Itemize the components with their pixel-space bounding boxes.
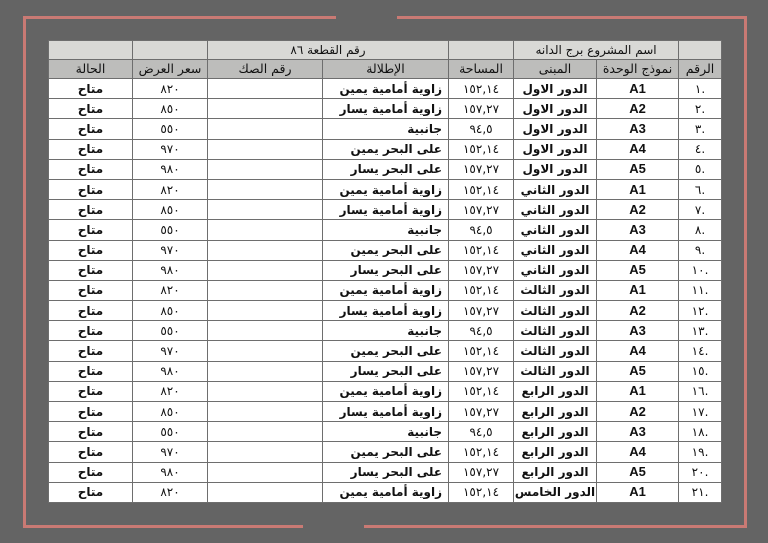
area-cell: ١٥٧,٢٧ [449, 260, 514, 280]
model-cell: A4 [597, 442, 679, 462]
view-cell: جانبية [323, 220, 449, 240]
view-cell: زاوية أمامية يسار [323, 99, 449, 119]
view-cell: زاوية أمامية يمين [323, 79, 449, 99]
deed-cell [208, 220, 323, 240]
deed-cell [208, 361, 323, 381]
price-cell: ٨٥٠ [133, 301, 208, 321]
status-cell: متاح [49, 341, 133, 361]
price-cell: ٨٥٠ [133, 402, 208, 422]
deed-cell [208, 200, 323, 220]
building-cell: الدور الثالث [514, 341, 597, 361]
area-cell: ١٥٧,٢٧ [449, 301, 514, 321]
table-row: متاح٨٥٠زاوية أمامية يسار١٥٧,٢٧الدور الرا… [49, 402, 722, 422]
table-row: متاح٨٢٠زاوية أمامية يمين١٥٢,١٤الدور الثا… [49, 280, 722, 300]
area-cell: ١٥٢,١٤ [449, 240, 514, 260]
model-cell: A4 [597, 240, 679, 260]
index-cell: .١١ [679, 280, 722, 300]
header-row-top: رقم القطعة ٨٦ اسم المشروع برج الدانه [49, 41, 722, 60]
table-row: متاح٩٧٠على البحر يمين١٥٢,١٤الدور الاولA4… [49, 139, 722, 159]
area-cell: ١٥٢,١٤ [449, 442, 514, 462]
building-cell: الدور الثالث [514, 280, 597, 300]
index-cell: .١٦ [679, 381, 722, 401]
table-row: متاح٥٥٠جانبية٩٤,٥الدور الاولA3.٣ [49, 119, 722, 139]
status-cell: متاح [49, 422, 133, 442]
index-cell: .٢٠ [679, 462, 722, 482]
view-cell: على البحر يمين [323, 240, 449, 260]
area-cell: ١٥٧,٢٧ [449, 159, 514, 179]
status-cell: متاح [49, 402, 133, 422]
header-blank-status [49, 41, 133, 60]
area-cell: ١٥٢,١٤ [449, 482, 514, 502]
column-header-status: الحالة [49, 60, 133, 79]
index-cell: .١٢ [679, 301, 722, 321]
view-cell: زاوية أمامية يمين [323, 482, 449, 502]
deed-cell [208, 139, 323, 159]
deed-cell [208, 79, 323, 99]
price-cell: ٩٧٠ [133, 139, 208, 159]
view-cell: جانبية [323, 119, 449, 139]
index-cell: .١٤ [679, 341, 722, 361]
index-cell: .١٧ [679, 402, 722, 422]
index-cell: .٢ [679, 99, 722, 119]
building-cell: الدور الثالث [514, 321, 597, 341]
area-cell: ٩٤,٥ [449, 422, 514, 442]
building-cell: الدور الاول [514, 119, 597, 139]
table-row: متاح٨٢٠زاوية أمامية يمين١٥٢,١٤الدور الرا… [49, 381, 722, 401]
index-cell: .٨ [679, 220, 722, 240]
header-row-columns: الحالة سعر العرض رقم الصك الإطلالة المسا… [49, 60, 722, 79]
units-table: رقم القطعة ٨٦ اسم المشروع برج الدانه الح… [48, 40, 722, 503]
table-row: متاح٥٥٠جانبية٩٤,٥الدور الرابعA3.١٨ [49, 422, 722, 442]
status-cell: متاح [49, 200, 133, 220]
building-cell: الدور الثاني [514, 220, 597, 240]
status-cell: متاح [49, 79, 133, 99]
area-cell: ١٥٧,٢٧ [449, 402, 514, 422]
index-cell: .٧ [679, 200, 722, 220]
model-cell: A5 [597, 260, 679, 280]
area-cell: ١٥٢,١٤ [449, 139, 514, 159]
building-cell: الدور الرابع [514, 402, 597, 422]
area-cell: ١٥٧,٢٧ [449, 200, 514, 220]
status-cell: متاح [49, 260, 133, 280]
deed-cell [208, 462, 323, 482]
index-cell: .١٥ [679, 361, 722, 381]
area-cell: ١٥٧,٢٧ [449, 361, 514, 381]
view-cell: جانبية [323, 321, 449, 341]
model-cell: A5 [597, 159, 679, 179]
column-header-area: المساحة [449, 60, 514, 79]
deed-cell [208, 402, 323, 422]
plot-number-label: رقم القطعة ٨٦ [208, 41, 449, 60]
table-row: متاح٩٧٠على البحر يمين١٥٢,١٤الدور الثانيA… [49, 240, 722, 260]
column-header-price: سعر العرض [133, 60, 208, 79]
view-cell: على البحر يسار [323, 361, 449, 381]
price-cell: ٨٥٠ [133, 99, 208, 119]
building-cell: الدور الاول [514, 159, 597, 179]
view-cell: على البحر يسار [323, 159, 449, 179]
index-cell: .١ [679, 79, 722, 99]
deed-cell [208, 280, 323, 300]
frame-right [744, 16, 747, 528]
column-header-index: الرقم [679, 60, 722, 79]
header-blank-index [679, 41, 722, 60]
deed-cell [208, 442, 323, 462]
view-cell: على البحر يسار [323, 462, 449, 482]
view-cell: على البحر يمين [323, 442, 449, 462]
frame-left [23, 16, 26, 528]
index-cell: .٢١ [679, 482, 722, 502]
status-cell: متاح [49, 321, 133, 341]
price-cell: ٨٢٠ [133, 79, 208, 99]
status-cell: متاح [49, 220, 133, 240]
header-blank-area [449, 41, 514, 60]
status-cell: متاح [49, 301, 133, 321]
model-cell: A3 [597, 321, 679, 341]
table-row: متاح٨٥٠زاوية أمامية يسار١٥٧,٢٧الدور الثا… [49, 301, 722, 321]
column-header-building: المبنى [514, 60, 597, 79]
deed-cell [208, 321, 323, 341]
table-row: متاح٩٨٠على البحر يسار١٥٧,٢٧الدور الثانيA… [49, 260, 722, 280]
building-cell: الدور الثاني [514, 200, 597, 220]
index-cell: .٥ [679, 159, 722, 179]
building-cell: الدور الاول [514, 99, 597, 119]
deed-cell [208, 422, 323, 442]
index-cell: .٩ [679, 240, 722, 260]
building-cell: الدور الرابع [514, 381, 597, 401]
model-cell: A2 [597, 402, 679, 422]
view-cell: على البحر يمين [323, 341, 449, 361]
view-cell: جانبية [323, 422, 449, 442]
index-cell: .١٣ [679, 321, 722, 341]
building-cell: الدور الاول [514, 139, 597, 159]
price-cell: ٩٨٠ [133, 462, 208, 482]
frame-top-right [397, 16, 747, 19]
price-cell: ٥٥٠ [133, 220, 208, 240]
building-cell: الدور الرابع [514, 422, 597, 442]
building-cell: الدور الرابع [514, 442, 597, 462]
view-cell: زاوية أمامية يسار [323, 402, 449, 422]
model-cell: A3 [597, 422, 679, 442]
status-cell: متاح [49, 179, 133, 199]
area-cell: ١٥٢,١٤ [449, 381, 514, 401]
view-cell: زاوية أمامية يسار [323, 301, 449, 321]
area-cell: ١٥٢,١٤ [449, 179, 514, 199]
table-row: متاح٩٨٠على البحر يسار١٥٧,٢٧الدور الاولA5… [49, 159, 722, 179]
price-cell: ٥٥٠ [133, 321, 208, 341]
table-row: متاح٥٥٠جانبية٩٤,٥الدور الثانيA3.٨ [49, 220, 722, 240]
model-cell: A1 [597, 179, 679, 199]
header-blank-price [133, 41, 208, 60]
table-row: متاح٨٥٠زاوية أمامية يسار١٥٧,٢٧الدور الثا… [49, 200, 722, 220]
index-cell: .١٩ [679, 442, 722, 462]
building-cell: الدور الرابع [514, 462, 597, 482]
status-cell: متاح [49, 381, 133, 401]
status-cell: متاح [49, 482, 133, 502]
building-cell: الدور الثاني [514, 260, 597, 280]
model-cell: A1 [597, 381, 679, 401]
price-cell: ٩٨٠ [133, 260, 208, 280]
area-cell: ٩٤,٥ [449, 220, 514, 240]
index-cell: .٦ [679, 179, 722, 199]
table-row: متاح٨٢٠زاوية أمامية يمين١٥٢,١٤الدور الخا… [49, 482, 722, 502]
view-cell: على البحر يمين [323, 139, 449, 159]
table-row: متاح٩٨٠على البحر يسار١٥٧,٢٧الدور الثالثA… [49, 361, 722, 381]
price-cell: ٨٢٠ [133, 179, 208, 199]
view-cell: زاوية أمامية يمين [323, 280, 449, 300]
column-header-deed: رقم الصك [208, 60, 323, 79]
building-cell: الدور الخامس [514, 482, 597, 502]
table-row: متاح٩٧٠على البحر يمين١٥٢,١٤الدور الثالثA… [49, 341, 722, 361]
area-cell: ٩٤,٥ [449, 119, 514, 139]
price-cell: ٩٧٠ [133, 442, 208, 462]
deed-cell [208, 159, 323, 179]
deed-cell [208, 119, 323, 139]
building-cell: الدور الثالث [514, 301, 597, 321]
frame-bottom-right [364, 525, 747, 528]
index-cell: .١٠ [679, 260, 722, 280]
price-cell: ٩٧٠ [133, 240, 208, 260]
area-cell: ١٥٧,٢٧ [449, 462, 514, 482]
model-cell: A3 [597, 220, 679, 240]
model-cell: A4 [597, 341, 679, 361]
building-cell: الدور الثاني [514, 179, 597, 199]
model-cell: A2 [597, 200, 679, 220]
status-cell: متاح [49, 240, 133, 260]
area-cell: ١٥٢,١٤ [449, 79, 514, 99]
model-cell: A1 [597, 79, 679, 99]
status-cell: متاح [49, 159, 133, 179]
deed-cell [208, 240, 323, 260]
area-cell: ١٥٧,٢٧ [449, 99, 514, 119]
status-cell: متاح [49, 462, 133, 482]
price-cell: ٩٧٠ [133, 341, 208, 361]
status-cell: متاح [49, 361, 133, 381]
table-row: متاح٨٢٠زاوية أمامية يمين١٥٢,١٤الدور الاو… [49, 79, 722, 99]
deed-cell [208, 179, 323, 199]
model-cell: A5 [597, 462, 679, 482]
price-cell: ٥٥٠ [133, 119, 208, 139]
column-header-view: الإطلالة [323, 60, 449, 79]
column-header-model: نموذج الوحدة [597, 60, 679, 79]
area-cell: ١٥٢,١٤ [449, 341, 514, 361]
model-cell: A1 [597, 280, 679, 300]
table-row: متاح٩٨٠على البحر يسار١٥٧,٢٧الدور الرابعA… [49, 462, 722, 482]
table-row: متاح٩٧٠على البحر يمين١٥٢,١٤الدور الرابعA… [49, 442, 722, 462]
price-cell: ٨٢٠ [133, 381, 208, 401]
area-cell: ٩٤,٥ [449, 321, 514, 341]
price-cell: ٨٢٠ [133, 482, 208, 502]
deed-cell [208, 341, 323, 361]
status-cell: متاح [49, 139, 133, 159]
model-cell: A1 [597, 482, 679, 502]
deed-cell [208, 301, 323, 321]
status-cell: متاح [49, 280, 133, 300]
index-cell: .٤ [679, 139, 722, 159]
view-cell: زاوية أمامية يسار [323, 200, 449, 220]
model-cell: A2 [597, 99, 679, 119]
area-cell: ١٥٢,١٤ [449, 280, 514, 300]
model-cell: A5 [597, 361, 679, 381]
model-cell: A2 [597, 301, 679, 321]
table-row: متاح٨٥٠زاوية أمامية يسار١٥٧,٢٧الدور الاو… [49, 99, 722, 119]
status-cell: متاح [49, 442, 133, 462]
view-cell: زاوية أمامية يمين [323, 179, 449, 199]
view-cell: على البحر يسار [323, 260, 449, 280]
table-row: متاح٥٥٠جانبية٩٤,٥الدور الثالثA3.١٣ [49, 321, 722, 341]
index-cell: .٣ [679, 119, 722, 139]
price-cell: ٨٥٠ [133, 200, 208, 220]
deed-cell [208, 381, 323, 401]
frame-top-left [23, 16, 336, 19]
model-cell: A4 [597, 139, 679, 159]
status-cell: متاح [49, 99, 133, 119]
model-cell: A3 [597, 119, 679, 139]
index-cell: .١٨ [679, 422, 722, 442]
frame-bottom-left [23, 525, 303, 528]
building-cell: الدور الثالث [514, 361, 597, 381]
project-name-label: اسم المشروع برج الدانه [514, 41, 679, 60]
table-row: متاح٨٢٠زاوية أمامية يمين١٥٢,١٤الدور الثا… [49, 179, 722, 199]
view-cell: زاوية أمامية يمين [323, 381, 449, 401]
status-cell: متاح [49, 119, 133, 139]
deed-cell [208, 260, 323, 280]
price-cell: ٩٨٠ [133, 159, 208, 179]
building-cell: الدور الاول [514, 79, 597, 99]
building-cell: الدور الثاني [514, 240, 597, 260]
price-cell: ٥٥٠ [133, 422, 208, 442]
deed-cell [208, 99, 323, 119]
deed-cell [208, 482, 323, 502]
price-cell: ٨٢٠ [133, 280, 208, 300]
price-cell: ٩٨٠ [133, 361, 208, 381]
